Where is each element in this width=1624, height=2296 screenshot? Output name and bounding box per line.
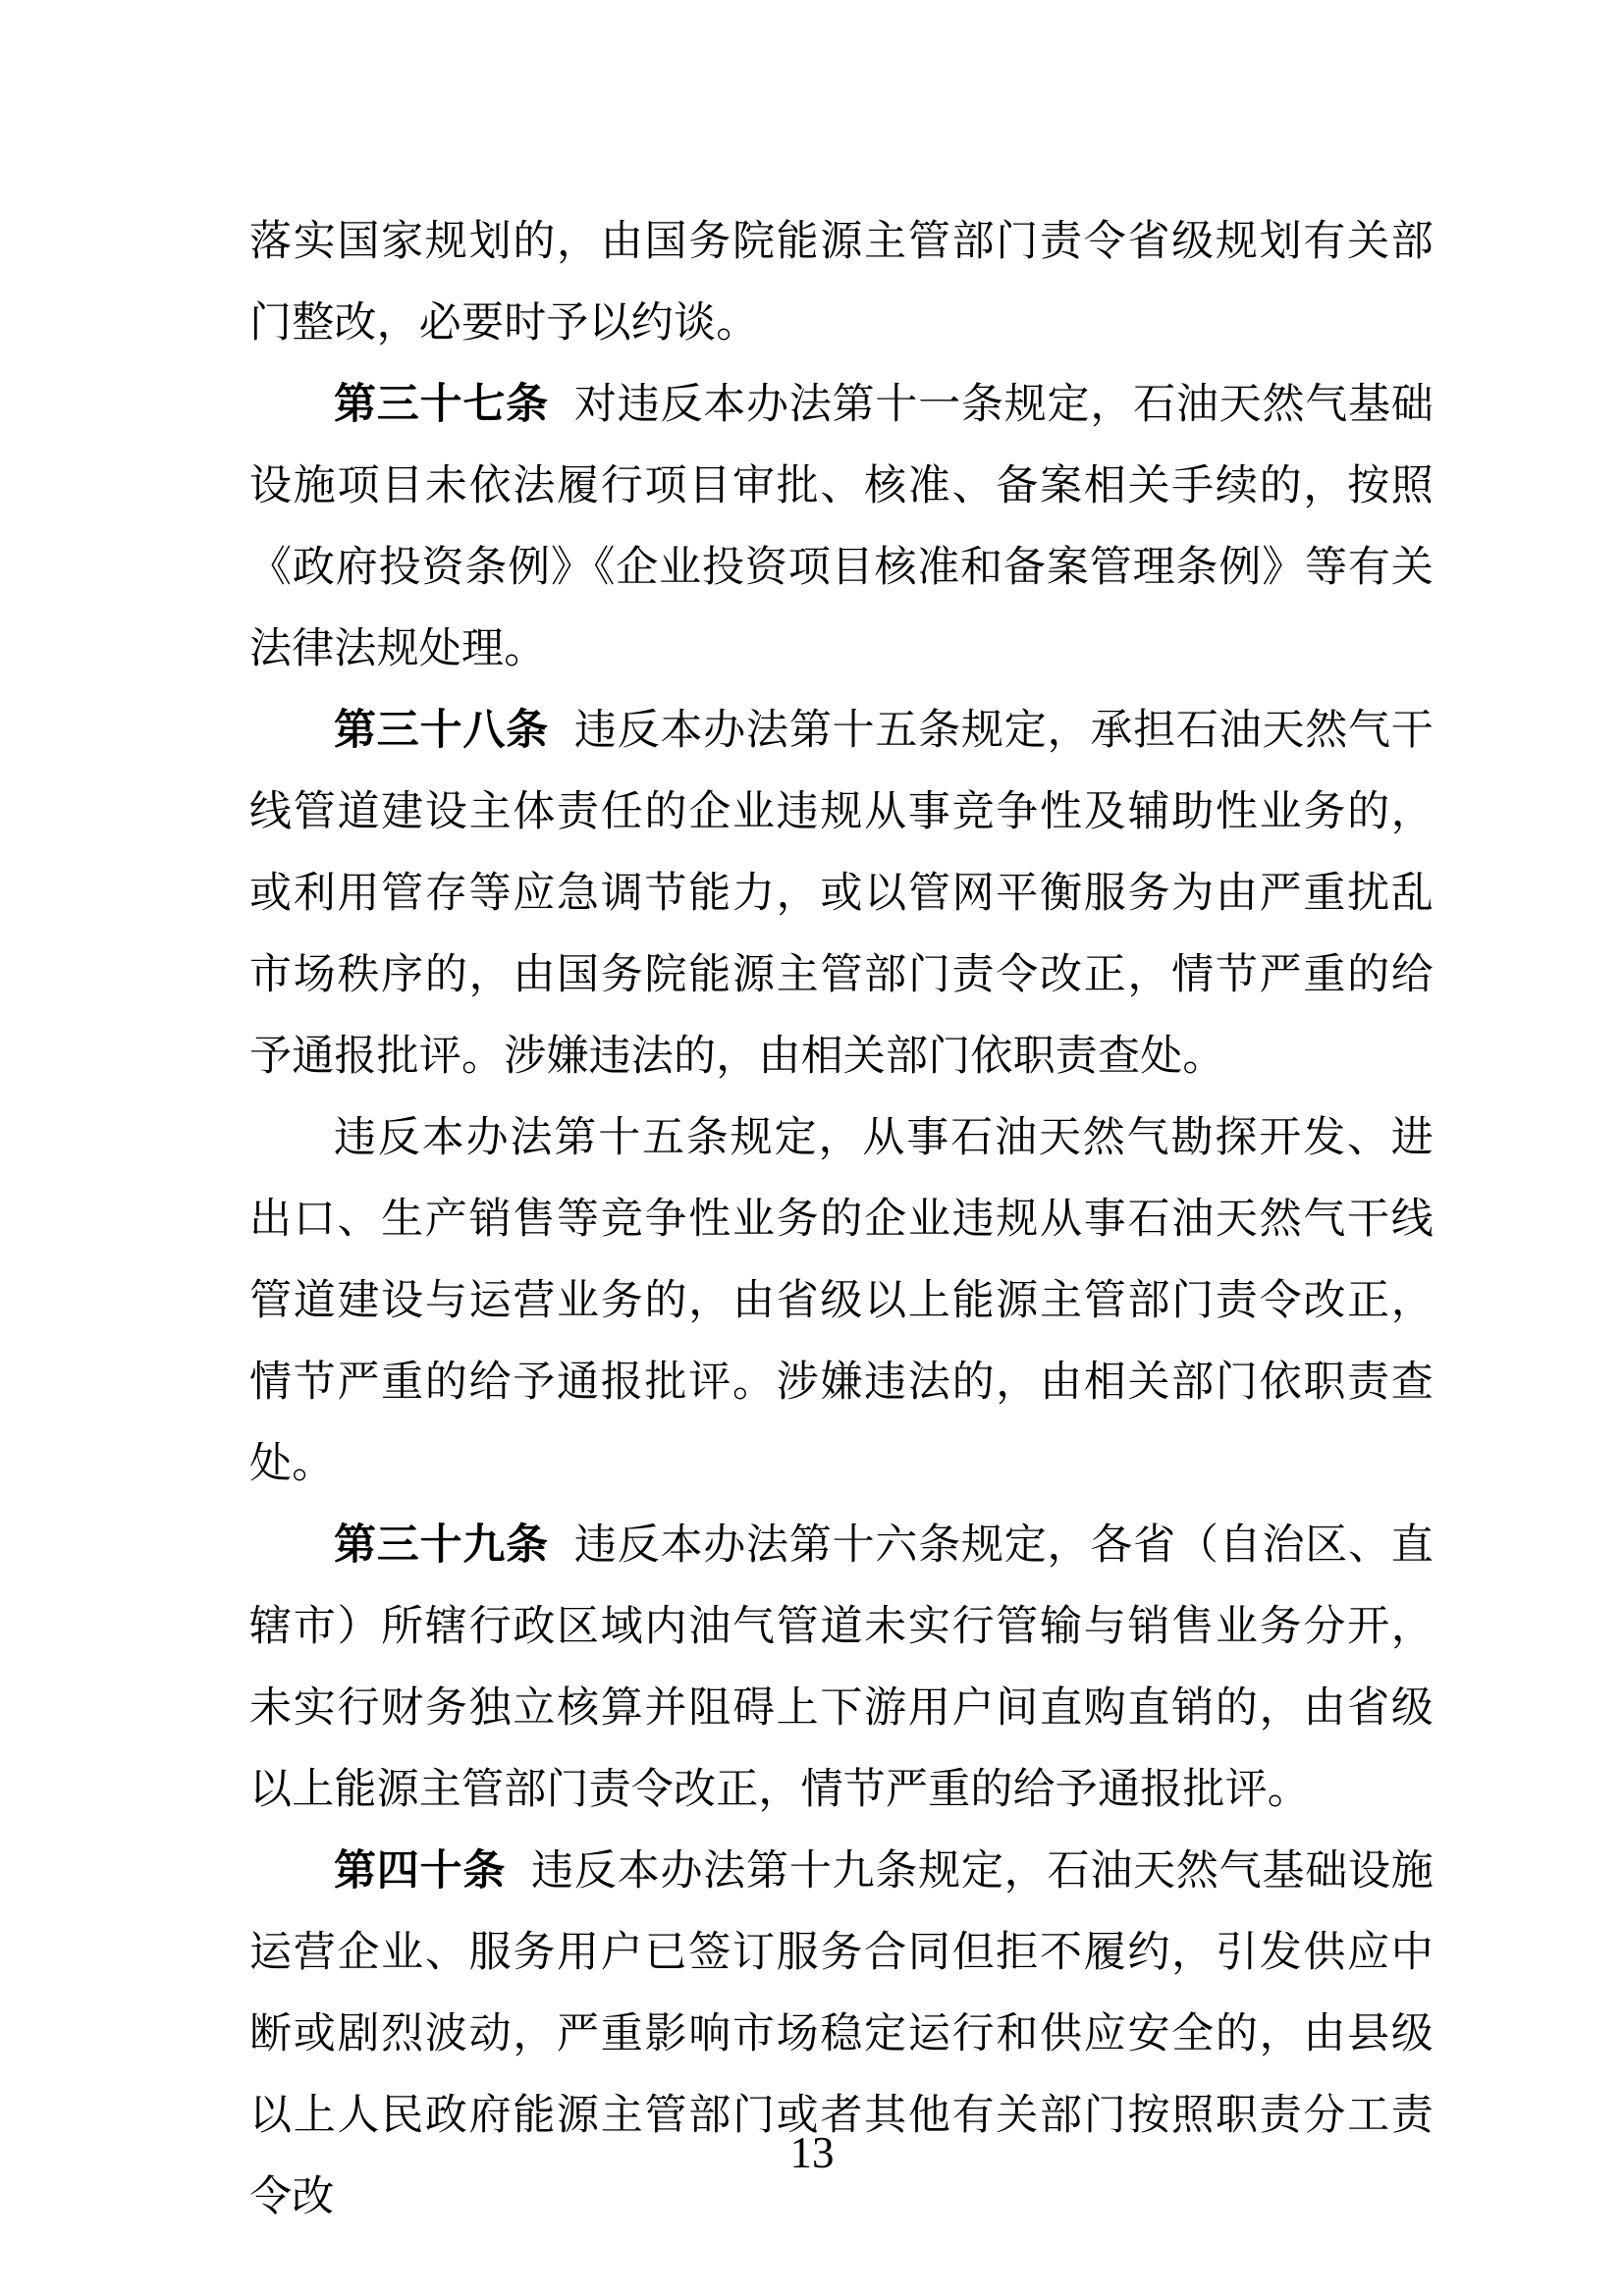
article-number: 第三十七条	[334, 381, 549, 428]
document-page: 落实国家规划的，由国务院能源主管部门责令省级规划有关部门整改，必要时予以约谈。 …	[0, 0, 1624, 2296]
page-number: 13	[0, 2128, 1624, 2177]
document-body: 落实国家规划的，由国务院能源主管部门责令省级规划有关部门整改，必要时予以约谈。 …	[249, 201, 1434, 2238]
paragraph-article-37: 第三十七条对违反本办法第十一条规定，石油天然气基础设施项目未依法履行项目审批、核…	[249, 364, 1434, 690]
paragraph-article-38: 第三十八条违反本办法第十五条规定，承担石油天然气干线管道建设主体责任的企业违规从…	[249, 690, 1434, 1097]
article-number: 第三十八条	[334, 707, 549, 754]
paragraph-article-39: 第三十九条违反本办法第十六条规定，各省（自治区、直辖市）所辖行政区域内油气管道未…	[249, 1505, 1434, 1831]
paragraph-text: 落实国家规划的，由国务院能源主管部门责令省级规划有关部门整改，必要时予以约谈。	[249, 219, 1434, 347]
paragraph-text: 违反本办法第十五条规定，承担石油天然气干线管道建设主体责任的企业违规从事竞争性及…	[249, 708, 1434, 1080]
paragraph-article-38-cont: 违反本办法第十五条规定，从事石油天然气勘探开发、进出口、生产销售等竞争性业务的企…	[249, 1097, 1434, 1505]
article-number: 第四十条	[334, 1847, 506, 1895]
paragraph-text: 违反本办法第十五条规定，从事石油天然气勘探开发、进出口、生产销售等竞争性业务的企…	[249, 1115, 1434, 1487]
paragraph-continuation: 落实国家规划的，由国务院能源主管部门责令省级规划有关部门整改，必要时予以约谈。	[249, 201, 1434, 364]
article-number: 第三十九条	[334, 1522, 549, 1569]
